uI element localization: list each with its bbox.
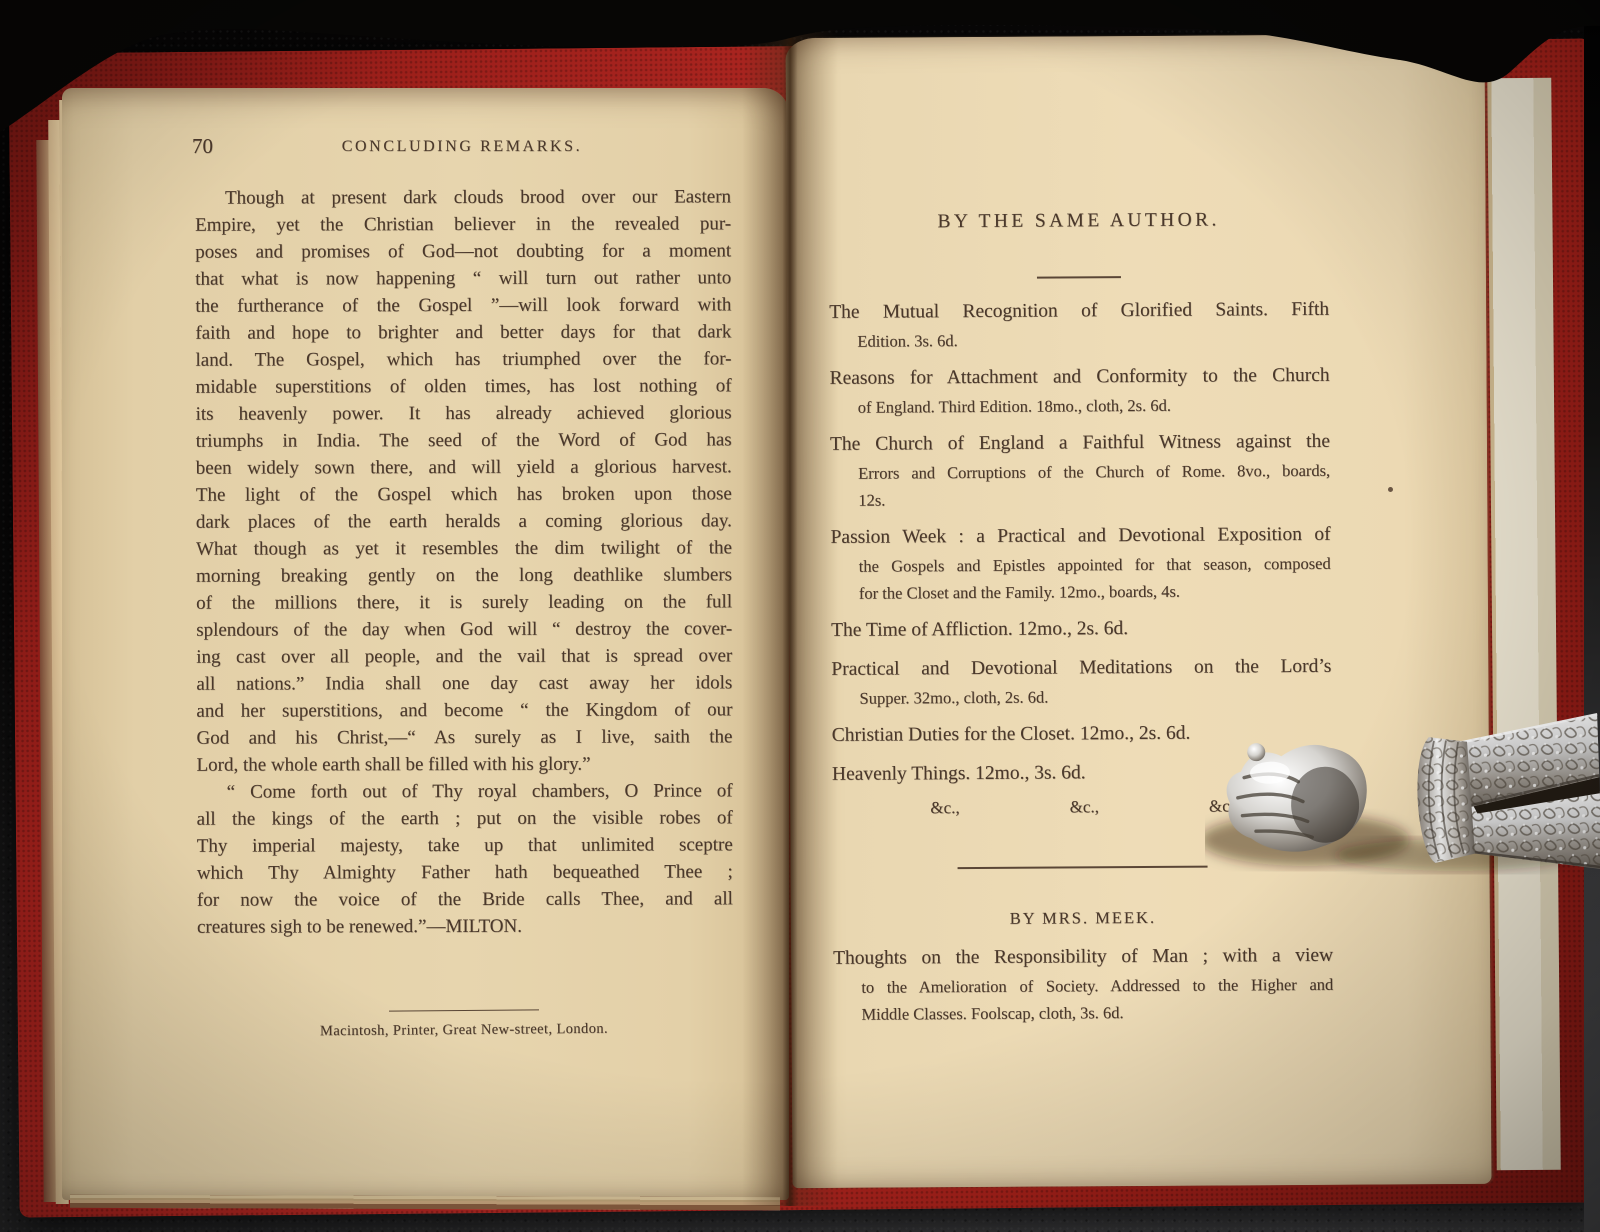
entry-details: the Gospels and Epistles appointed for t… <box>831 550 1331 607</box>
book-list-entry: Passion Week : a Practical and Devotiona… <box>830 520 1331 607</box>
etc-item: &c., <box>1070 797 1099 817</box>
entry-title: Reasons for Attachment and Conformity to… <box>829 361 1329 394</box>
book-list-entry: The Mutual Recognition of Glorified Sain… <box>829 295 1329 355</box>
entry-details: Edition. 3s. 6d. <box>829 325 1329 355</box>
book-list-entry: Reasons for Attachment and Conformity to… <box>829 361 1329 421</box>
right-page: BY THE SAME AUTHOR. The Mutual Recogniti… <box>785 34 1491 1188</box>
section-heading-same-author: BY THE SAME AUTHOR. <box>829 209 1329 234</box>
flyleaf-page-edge <box>1487 78 1561 1171</box>
printer-imprint: Macintosh, Printer, Great New-street, Lo… <box>196 1020 732 1042</box>
left-page: 70 CONCLUDING REMARKS. Though at present… <box>62 88 789 1200</box>
section-heading-mrs-meek: BY MRS. MEEK. <box>833 907 1333 930</box>
book-list-entry: Thoughts on the Responsibility of Man ; … <box>833 941 1334 1028</box>
paragraph-1: Though at present dark clouds brood over… <box>195 183 733 778</box>
entry-title: The Church of England a Faithful Witness… <box>830 427 1330 460</box>
entry-details: of England. Third Edition. 18mo., cloth,… <box>830 391 1330 421</box>
book-list-entry: The Time of Affliction. 12mo., 2s. 6d. <box>831 613 1331 646</box>
running-header: CONCLUDING REMARKS. <box>192 138 732 156</box>
page-bottom-edges <box>70 1195 780 1210</box>
entry-title: The Time of Affliction. 12mo., 2s. 6d. <box>831 613 1331 646</box>
entry-title: Thoughts on the Responsibility of Man ; … <box>833 941 1333 974</box>
left-page-header-row: 70 CONCLUDING REMARKS. <box>192 134 732 164</box>
entry-title: The Mutual Recognition of Glorified Sain… <box>829 295 1329 328</box>
entry-title: Passion Week : a Practical and Devotiona… <box>830 520 1330 553</box>
entry-details: Errors and Corruptions of the Church of … <box>830 457 1330 514</box>
heading-divider-rule <box>829 275 1329 280</box>
imprint-divider-rule <box>389 1009 539 1011</box>
silver-hand-bookmark-clasp <box>1205 650 1600 900</box>
background-shadow-column <box>1584 0 1600 1232</box>
entry-details: to the Amelioration of Society. Addresse… <box>833 971 1333 1028</box>
book-list-entry: The Church of England a Faithful Witness… <box>830 427 1331 514</box>
ink-speck <box>1388 487 1393 492</box>
paragraph-2: “ Come forth out of Thy royal chambers, … <box>197 777 733 940</box>
etc-item: &c., <box>930 798 959 818</box>
book-photograph: 70 CONCLUDING REMARKS. Though at present… <box>0 0 1600 1232</box>
body-text: Though at present dark clouds brood over… <box>195 183 733 940</box>
